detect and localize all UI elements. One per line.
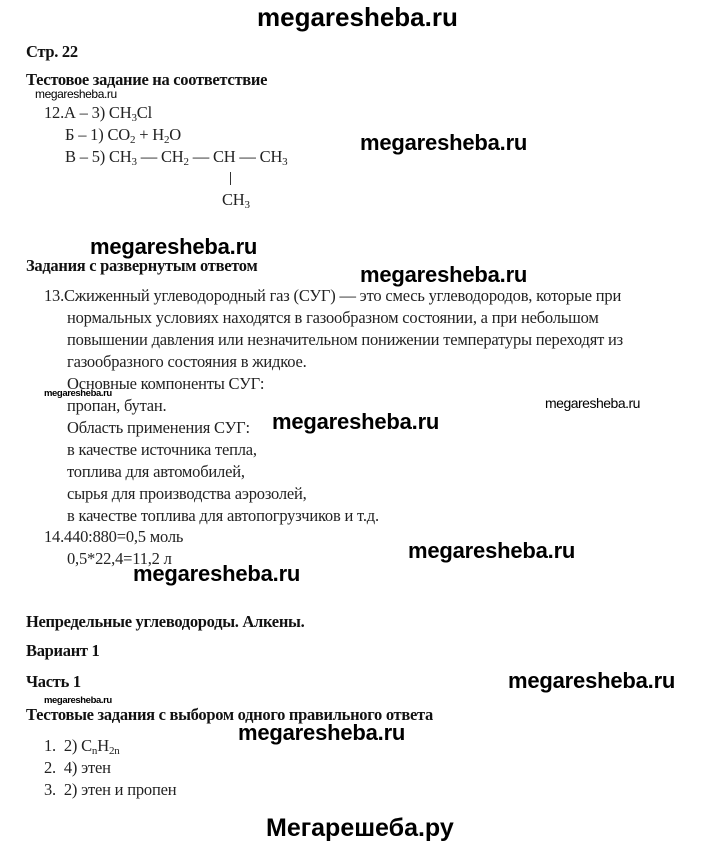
bond-line bbox=[230, 172, 231, 185]
watermark: megaresheba.ru bbox=[360, 130, 527, 156]
task-13-line: нормальных условиях находятся в газообра… bbox=[67, 308, 599, 328]
subheading-single-choice: Тестовые задания с выбором одного правил… bbox=[26, 705, 433, 725]
task-13-line: газообразного состояния в жидкое. bbox=[67, 352, 307, 372]
task-14-line: 14.440:880=0,5 моль bbox=[44, 527, 183, 547]
watermark: megaresheba.ru bbox=[408, 538, 575, 564]
task-13-line: в качестве источника тепла, bbox=[67, 440, 257, 460]
task-13-line: топлива для автомобилей, bbox=[67, 462, 245, 482]
task-13-line: повышении давления или незначительном по… bbox=[67, 330, 623, 350]
task-13-line: пропан, бутан. bbox=[67, 396, 166, 416]
section-heading-extended: Задания с развернутым ответом bbox=[26, 256, 257, 276]
task-12-v-branch: CH3 bbox=[222, 190, 250, 210]
task-12-a: 12.А – 3) CH3Cl bbox=[44, 103, 152, 123]
watermark: megaresheba.ru bbox=[272, 409, 439, 435]
page-label: Стр. 22 bbox=[26, 42, 78, 62]
variant-label: Вариант 1 bbox=[26, 641, 99, 661]
answer-item: 2. 4) этен bbox=[44, 758, 111, 778]
task-12-b: Б – 1) CO2 + H2O bbox=[65, 125, 181, 145]
task-13-line: Область применения СУГ: bbox=[67, 418, 250, 438]
part-label: Часть 1 bbox=[26, 672, 81, 692]
answer-item: 3. 2) этен и пропен bbox=[44, 780, 176, 800]
task-14-line: 0,5*22,4=11,2 л bbox=[67, 549, 172, 569]
watermark: megaresheba.ru bbox=[360, 262, 527, 288]
answer-item: 1. 2) CnH2n bbox=[44, 736, 120, 756]
watermark-top: megaresheba.ru bbox=[257, 2, 458, 33]
task-13-line: в качестве топлива для автопогрузчиков и… bbox=[67, 506, 379, 526]
section-heading-matching: Тестовое задание на соответствие bbox=[26, 70, 267, 90]
task-13-line: сырья для производства аэрозолей, bbox=[67, 484, 307, 504]
task-13-line: 13.Сжиженный углеводородный газ (СУГ) — … bbox=[44, 286, 621, 306]
watermark: megaresheba.ru bbox=[545, 395, 640, 411]
watermark-bottom: Мегарешеба.ру bbox=[266, 814, 454, 843]
task-12-v: В – 5) CH3 — CH2 — CH — CH3 bbox=[65, 147, 287, 167]
section-heading-alkenes: Непредельные углеводороды. Алкены. bbox=[26, 612, 304, 632]
watermark: megaresheba.ru bbox=[508, 668, 675, 694]
task-13-line: Основные компоненты СУГ: bbox=[67, 374, 264, 394]
